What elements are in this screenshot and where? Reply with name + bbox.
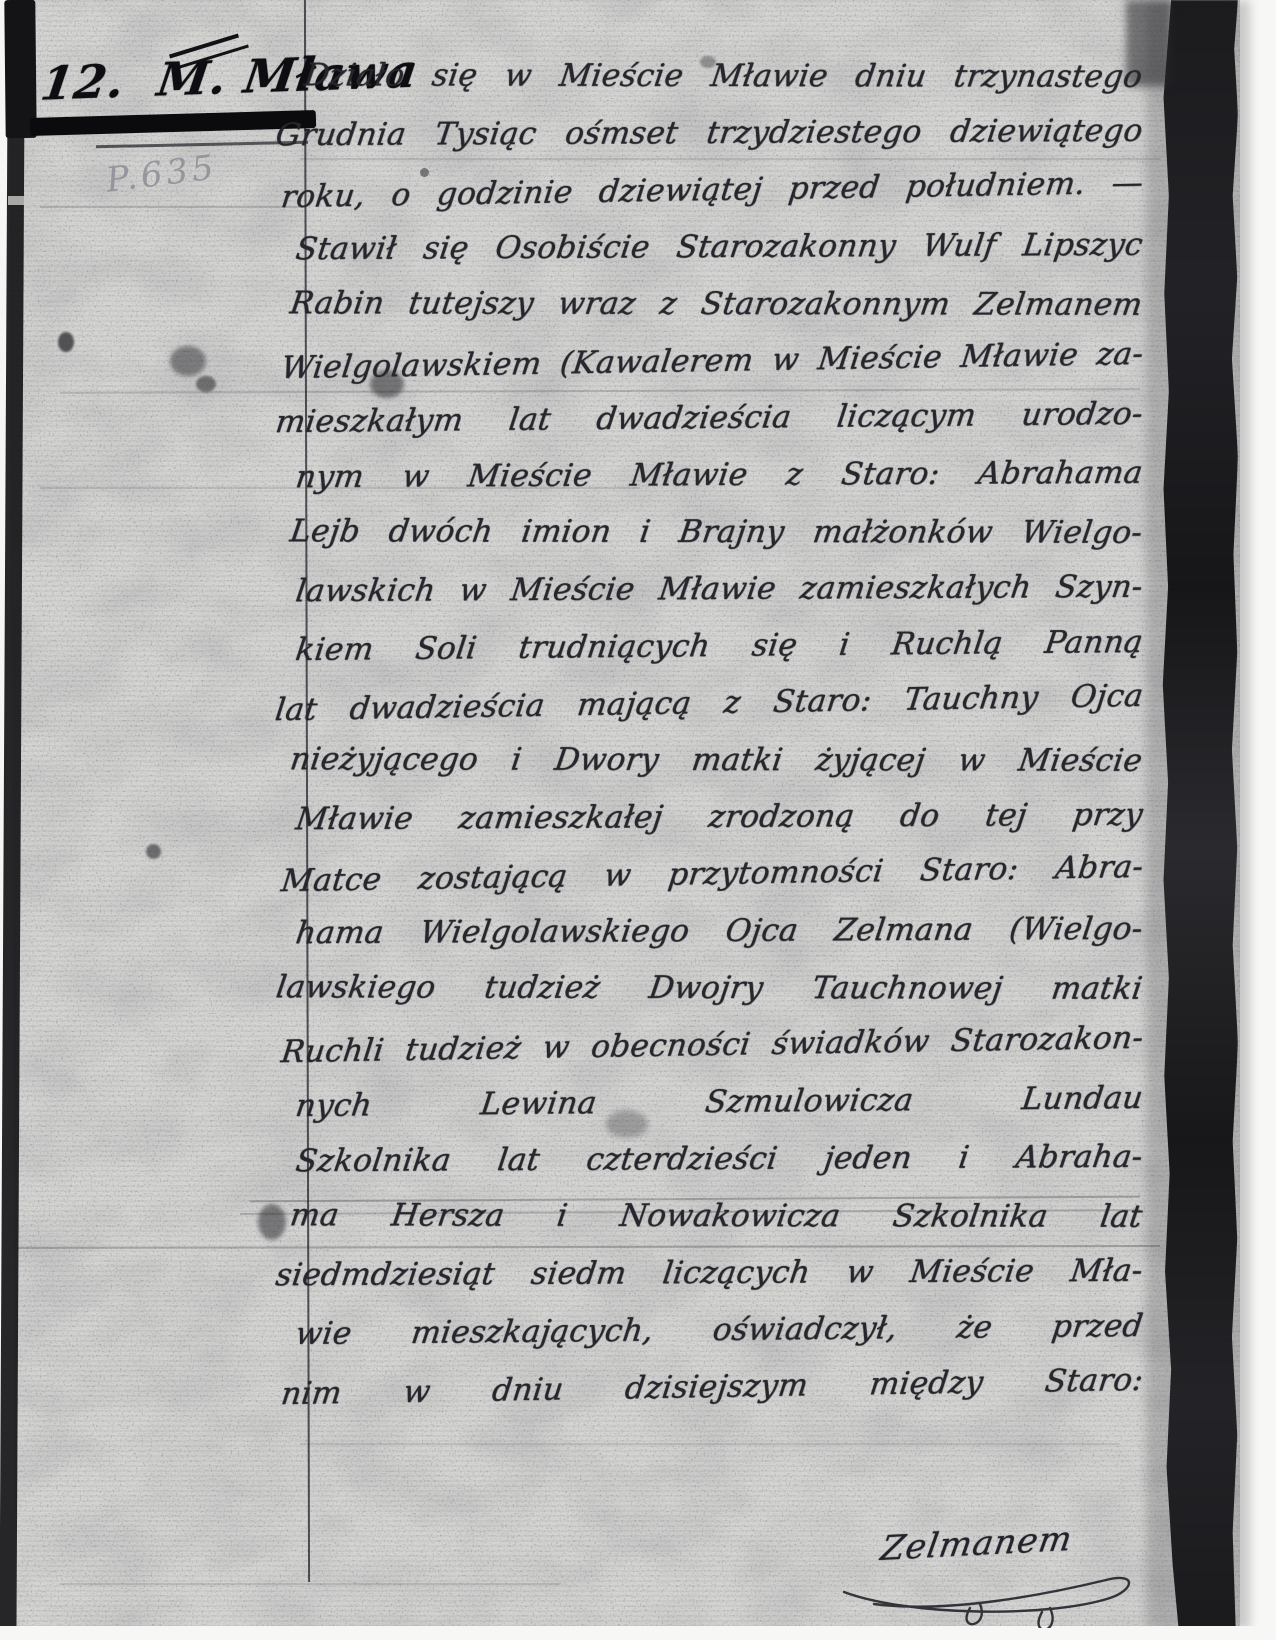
faint-ruled-line [60,1583,560,1585]
handwritten-line: Grudnia Tysiąc ośmset trzydziestego dzie… [272,105,1146,167]
handwritten-line: Matce zostającą w przytomności Staro: Ab… [278,841,1147,912]
handwritten-line: siedmdziesiąt siedm liczących w Mieście … [272,1245,1146,1307]
ink-stain [196,376,216,392]
record-body-text: Działo się w Mieście Mławie dniu trzynas… [296,50,1142,1418]
handwritten-line: ma Hersza i Nowakowicza Szkolnika lat [286,1189,1146,1247]
scan-edge-binding-band [1162,0,1238,1630]
margin-header: 12. M. Mława [37,47,316,110]
signature-flourish [838,1558,1158,1628]
record-number: 12. [37,54,128,111]
faint-ruled-line [40,206,302,208]
handwritten-line: Stawił się Osobiście Starozakonny Wulf L… [292,219,1146,280]
handwritten-line: lawskich w Mieście Mławie zamieszkałych … [292,561,1146,622]
scanned-document: 12. M. Mława P.635 Działo się w Mieście … [0,0,1276,1640]
handwritten-line: Rabin tutejszy wraz z Starozakonnym Zelm… [286,277,1146,335]
handwritten-line: mieszkałym lat dwadzieścia liczącym urod… [272,388,1147,453]
handwritten-line: Szkolnika lat czterdzieści jeden i Abrah… [292,1131,1146,1192]
handwritten-line: lawskiego tudzież Dwojry Tauchnowej matk… [272,961,1146,1020]
scan-edge-gap [8,196,32,205]
faint-ruled-line [300,1443,1120,1445]
handwritten-line: nym w Mieście Mławie z Staro: Abrahama [292,447,1146,508]
ink-stain [170,346,206,376]
ink-stain [258,1204,286,1240]
handwritten-line: lat dwadzieścia mającą z Staro: Tauchny … [272,670,1147,741]
handwritten-line: nych Lewina Szmulowicza Lundau [292,1072,1147,1137]
ink-stain [146,844,161,859]
handwritten-line: nieżyjącego i Dwory matki żyjącej w Mieś… [286,733,1146,791]
handwritten-line: Działo się w Mieście Mławie dniu trzynas… [286,49,1146,107]
handwritten-line: Mławie zamieszkałej zrodzoną do tej przy [292,789,1146,850]
scanner-bottom-margin [0,1626,1276,1640]
handwritten-line: Lejb dwóch imion i Brajny małżonków Wiel… [286,505,1146,563]
ink-stain [58,332,74,352]
handwritten-line: hama Wielgolawskiego Ojca Zelmana (Wielg… [292,903,1146,964]
handwritten-line: nim w dniu dzisiejszym między Staro: [278,1354,1147,1425]
signature-block: Zelmanem [838,1524,1168,1624]
handwritten-line: roku, o godzinie dziewiątej przed połudn… [278,157,1147,228]
